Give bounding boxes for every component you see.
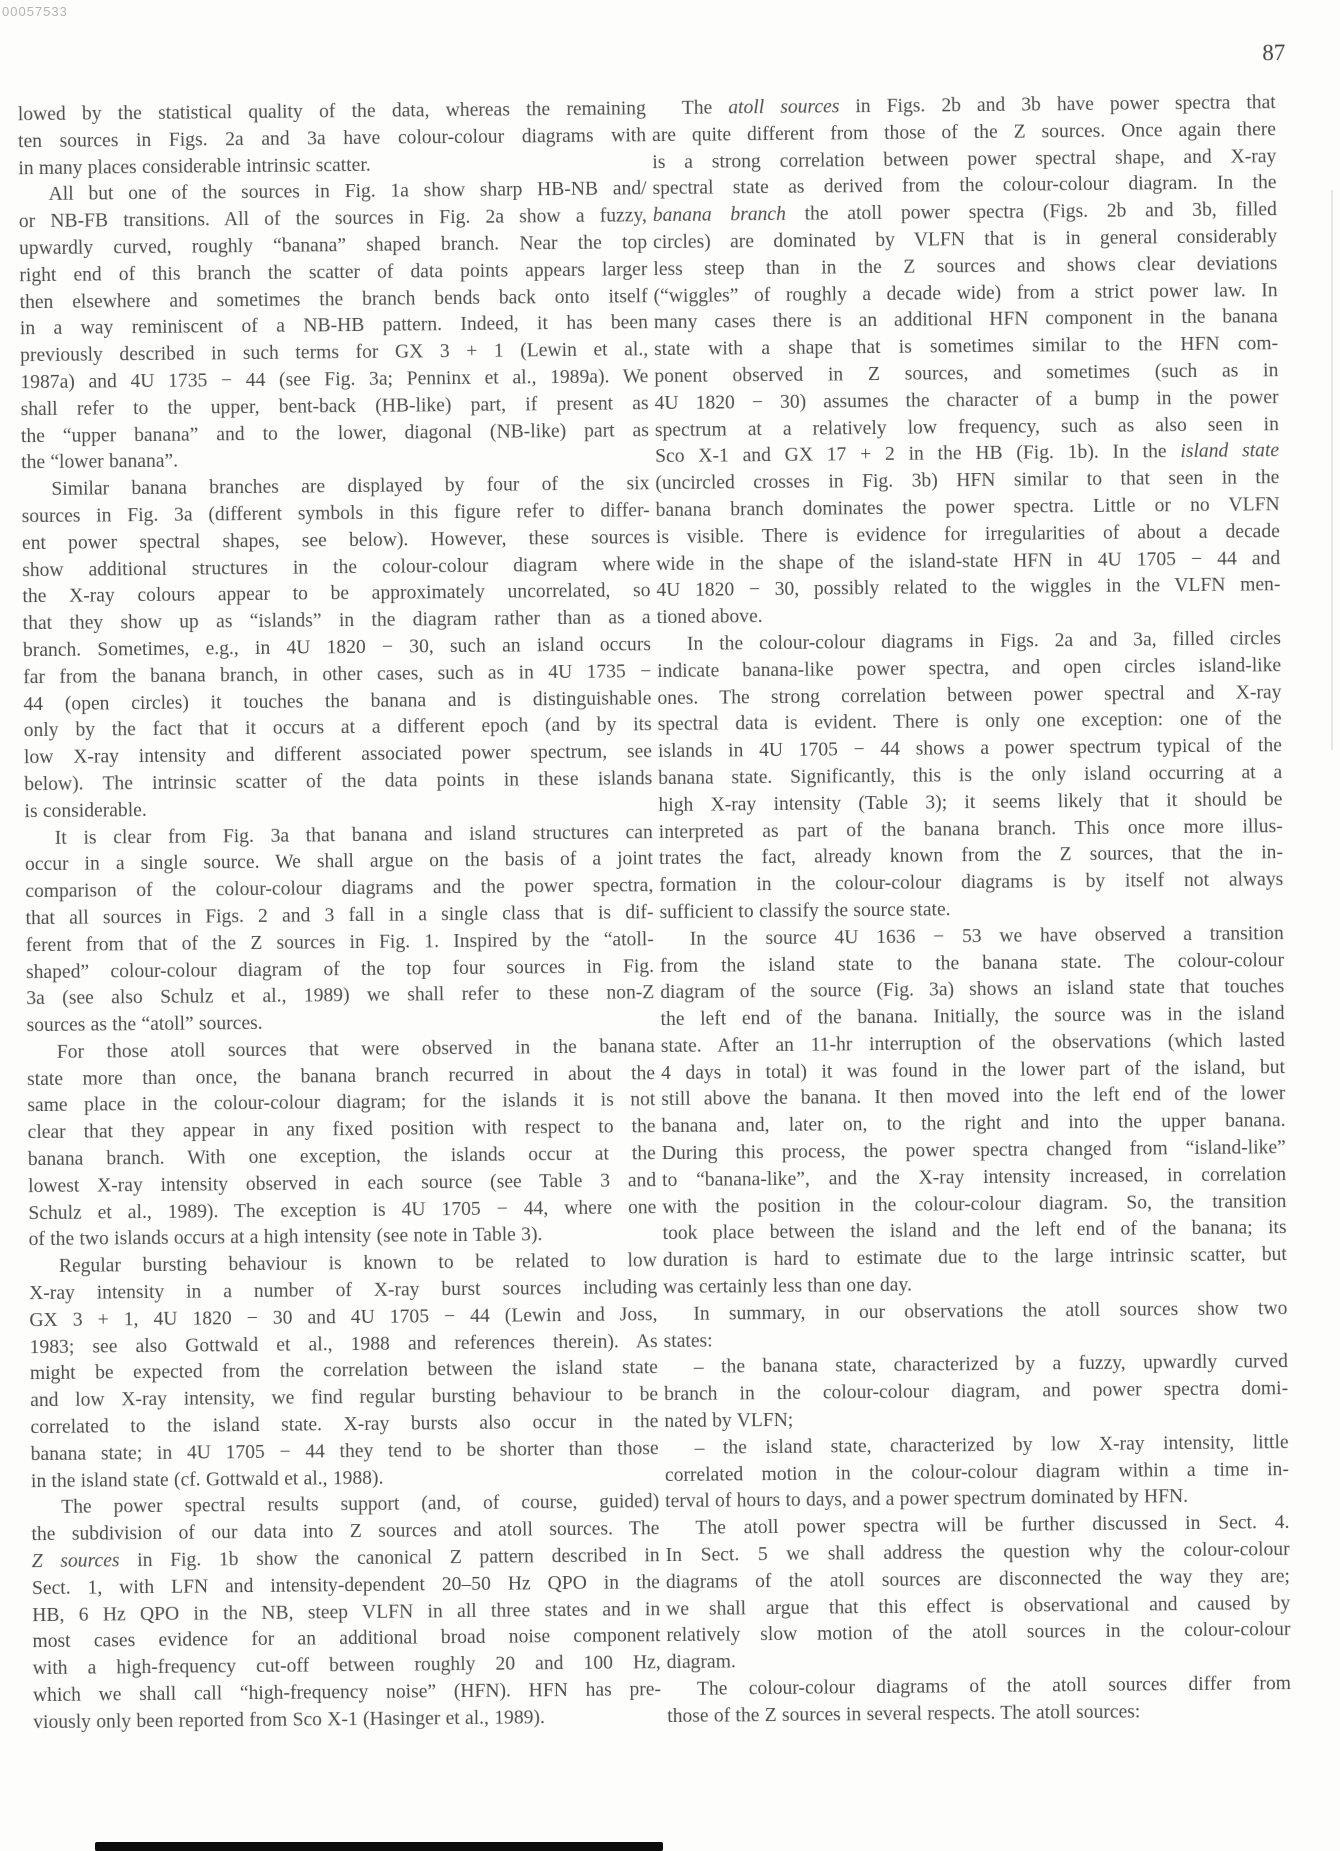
paragraph: In summary, in our observations the atol… xyxy=(663,1296,1287,1356)
text-segment: of the two islands occurs at a high inte… xyxy=(29,1225,543,1251)
text-line: those of the Z sources in several respec… xyxy=(667,1698,1291,1731)
paragraph: It is clear from Fig. 3a that banana and… xyxy=(25,820,655,1040)
scanned-paper-page: { "page": { "scan_id": "00057533", "page… xyxy=(0,0,1340,1851)
text-segment: the left end of the banana. Initially, t… xyxy=(660,1003,1284,1030)
text-segment: diagram. xyxy=(667,1652,736,1674)
text-segment: trates the fact, already known from the … xyxy=(659,842,1283,869)
paragraph: All but one of the sources in Fig. 1a sh… xyxy=(18,177,649,478)
text-segment: Similar banana branches are displayed by… xyxy=(51,473,649,500)
text-segment: shall refer to the upper, bent-back (HB-… xyxy=(21,393,649,420)
text-segment: that all sources in Figs. 2 and 3 fall i… xyxy=(25,902,653,929)
text-segment: GX 3 + 1, 4U 1820 − 30 and 4U 1705 − 44 … xyxy=(29,1304,657,1331)
text-segment: or NB-FB transitions. All of the sources… xyxy=(19,205,647,232)
text-segment: – the banana state, characterized by a f… xyxy=(694,1352,1288,1379)
text-segment: ferent from that of the Z sources in Fig… xyxy=(26,929,654,956)
text-segment: banana and, later on, to the right and i… xyxy=(661,1110,1285,1137)
text-segment: took place between the island and the le… xyxy=(663,1218,1287,1245)
text-segment: state. After an 11-hr interruption of th… xyxy=(661,1030,1285,1057)
text-segment: nated by VLFN; xyxy=(664,1410,793,1432)
text-segment: occur in a single source. We shall argue… xyxy=(25,848,653,875)
text-segment: upwardly curved, roughly “banana” shaped… xyxy=(19,232,647,259)
text-segment: sources as the “atoll” sources. xyxy=(26,1013,262,1036)
paragraph: In the colour-colour diagrams in Figs. 2… xyxy=(657,626,1284,927)
text-segment: is visible. There is evidence for irregu… xyxy=(656,521,1280,548)
text-segment: viously only been reported from Sco X-1 … xyxy=(33,1707,545,1733)
text-segment: terval of hours to days, and a power spe… xyxy=(665,1486,1188,1512)
left-column: lowed by the statistical quality of the … xyxy=(18,96,662,1737)
text-segment: sufficient to classify the source state. xyxy=(659,899,950,923)
text-segment: In summary, in our observations the atol… xyxy=(693,1298,1287,1325)
text-segment: many cases there is an additional HFN co… xyxy=(654,307,1278,334)
text-segment: below). The intrinsic scatter of the dat… xyxy=(24,768,652,795)
text-segment: spectral state as derived from the colou… xyxy=(652,173,1276,200)
text-segment: with the position in the colour-colour d… xyxy=(662,1191,1286,1218)
text-segment: HB, 6 Hz QPO in the NB, steep VLFN in al… xyxy=(32,1599,660,1626)
text-segment: the X-ray colours appear to be approxima… xyxy=(22,581,650,608)
text-segment: is considerable. xyxy=(24,800,146,822)
text-segment: the atoll power spectra (Figs. 2b and 3b… xyxy=(786,199,1277,225)
text-segment: 3a (see also Schulz et al., 1989) we sha… xyxy=(26,982,654,1009)
text-segment: are quite different from those of the Z … xyxy=(652,119,1276,146)
text-line: viously only been reported from Sco X-1 … xyxy=(33,1704,661,1737)
text-segment: banana state; in 4U 1705 − 44 they tend … xyxy=(31,1438,659,1465)
text-segment: duration is hard to estimate due to the … xyxy=(663,1244,1287,1271)
text-segment: the subdivision of our data into Z sourc… xyxy=(31,1518,659,1545)
text-segment: with a high-frequency cut-off between ro… xyxy=(33,1652,661,1679)
text-segment: The atoll power spectra will be further … xyxy=(695,1512,1289,1539)
text-segment: 1983; see also Gottwald et al., 1988 and… xyxy=(30,1331,658,1358)
text-segment: tioned above. xyxy=(657,606,763,628)
text-segment: ones. The strong correlation between pow… xyxy=(657,682,1281,709)
text-segment: show additional structures in the colour… xyxy=(22,554,650,581)
text-segment: 4U 1820 − 30) assumes the character of a… xyxy=(655,387,1279,414)
text-segment: X-ray intensity in a number of X-ray bur… xyxy=(29,1277,657,1304)
text-segment: interpreted as part of the banana branch… xyxy=(659,816,1283,843)
text-segment: low X-ray intensity and different associ… xyxy=(24,741,652,768)
text-segment: wide in the shape of the island-state HF… xyxy=(656,548,1280,575)
text-segment: state more than once, the banana branch … xyxy=(27,1063,655,1090)
text-segment: previously described in such terms for G… xyxy=(20,339,648,366)
text-segment: that they show up as “islands” in the di… xyxy=(23,607,651,634)
text-segment: 4 days in total) it was found in the low… xyxy=(661,1057,1285,1084)
text-segment: During this process, the power spectra c… xyxy=(662,1137,1286,1164)
text-segment: in a way reminiscent of a NB-HB pattern.… xyxy=(20,313,648,340)
text-segment: ten sources in Figs. 2a and 3a have colo… xyxy=(18,125,646,152)
paragraph: lowed by the statistical quality of the … xyxy=(18,96,647,182)
scan-edge-streak xyxy=(1331,190,1333,750)
text-segment: – the island state, characterized by low… xyxy=(695,1432,1289,1459)
page-number: 87 xyxy=(1245,40,1285,66)
text-segment: and low X-ray intensity, we find regular… xyxy=(30,1384,658,1411)
text-segment: The power spectral results support (and,… xyxy=(61,1492,659,1519)
text-segment: In the source 4U 1636 − 53 we have obser… xyxy=(690,923,1284,950)
text-segment: formation in the colour-colour diagrams … xyxy=(659,869,1283,896)
text-segment: high X-ray intensity (Table 3); it seems… xyxy=(658,789,1282,816)
text-segment: only by the fact that it occurs at a dif… xyxy=(24,714,652,741)
text-segment: those of the Z sources in several respec… xyxy=(667,1701,1140,1727)
text-segment: (uncircled crosses in Fig. 3b) HFN simil… xyxy=(655,467,1279,494)
text-segment: we shall argue that this effect is obser… xyxy=(666,1593,1290,1620)
text-segment: banana branch dominates the power spectr… xyxy=(656,494,1280,521)
text-segment: same place in the colour-colour diagram;… xyxy=(27,1090,655,1117)
text-segment: indicate banana-like power spectra, and … xyxy=(657,655,1281,682)
text-segment: in Figs. 2b and 3b have power spectra th… xyxy=(839,92,1276,117)
italic-text: island state xyxy=(1180,440,1279,462)
text-segment: branch in the colour-colour diagram, and… xyxy=(664,1378,1288,1405)
text-segment: (“wiggles” of roughly a decade wide) fro… xyxy=(654,280,1278,307)
text-segment: Sect. 1, with LFN and intensity-dependen… xyxy=(32,1572,660,1599)
text-segment: branch. Sometimes, e.g., in 4U 1820 − 30… xyxy=(23,634,651,661)
text-segment: islands in 4U 1705 − 44 shows a power sp… xyxy=(658,735,1282,762)
text-segment: 4U 1820 − 30, possibly related to the wi… xyxy=(656,574,1280,601)
text-segment: The colour-colour diagrams of the atoll … xyxy=(697,1673,1291,1700)
text-segment: spectrum at a relatively low frequency, … xyxy=(655,414,1279,441)
text-segment: right end of this branch the scatter of … xyxy=(19,259,647,286)
paragraph: Regular bursting behaviour is known to b… xyxy=(29,1248,659,1495)
italic-text: banana branch xyxy=(653,204,786,226)
paragraph: – the banana state, characterized by a f… xyxy=(664,1350,1289,1436)
text-segment: which we shall call “high-frequency nois… xyxy=(33,1679,661,1706)
text-segment: ponent observed in Z sources, and someti… xyxy=(654,360,1278,387)
text-segment: shaped” colour-colour diagram of the top… xyxy=(26,956,654,983)
paragraph: In the source 4U 1636 − 53 we have obser… xyxy=(660,921,1288,1302)
text-segment: The xyxy=(682,97,729,118)
paragraph: Similar banana branches are displayed by… xyxy=(21,471,652,825)
text-segment: less steep than in the Z sources and sho… xyxy=(653,253,1277,280)
paragraph: The power spectral results support (and,… xyxy=(31,1490,661,1737)
text-segment: might be expected from the correlation b… xyxy=(30,1358,658,1385)
text-segment: banana branch. With one exception, the i… xyxy=(28,1143,656,1170)
text-segment: then elsewhere and sometimes the branch … xyxy=(20,286,648,313)
paragraph: The colour-colour diagrams of the atoll … xyxy=(667,1671,1291,1731)
right-column: The atoll sources in Figs. 2b and 3b hav… xyxy=(652,90,1292,1731)
text-segment: relatively slow motion of the atoll sour… xyxy=(666,1619,1290,1646)
scan-artifact-bar xyxy=(95,1842,663,1851)
text-segment: diagram of the source (Fig. 3a) shows an… xyxy=(660,976,1284,1003)
text-segment: It is clear from Fig. 3a that banana and… xyxy=(55,822,653,849)
page-content: 87 lowed by the statistical quality of t… xyxy=(0,0,1340,1851)
text-segment: lowed by the statistical quality of the … xyxy=(18,98,646,125)
text-segment: from the island state to the banana stat… xyxy=(660,950,1284,977)
text-segment: sources in Fig. 3a (different symbols in… xyxy=(22,500,650,527)
text-segment: comparison of the colour-colour diagrams… xyxy=(25,875,653,902)
text-segment: in many places considerable intrinsic sc… xyxy=(18,154,371,178)
text-segment: spectral data is evident. There is only … xyxy=(658,708,1282,735)
text-segment: the “lower banana”. xyxy=(21,451,178,474)
text-segment: the “upper banana” and to the lower, dia… xyxy=(21,420,649,447)
text-segment: In the colour-colour diagrams in Figs. 2… xyxy=(687,628,1281,655)
text-segment: 1987a) and 4U 1735 − 44 (see Fig. 3a; Pe… xyxy=(20,366,648,393)
text-segment: still above the banana. It then moved in… xyxy=(661,1084,1285,1111)
text-segment: banana state. Significantly, this is the… xyxy=(658,762,1282,789)
paragraph: – the island state, characterized by low… xyxy=(665,1430,1290,1516)
text-segment: most cases evidence for an additional br… xyxy=(32,1626,660,1653)
text-segment: correlated to the island state. X-ray bu… xyxy=(30,1411,658,1438)
text-segment: lowest X-ray intensity observed in each … xyxy=(28,1170,656,1197)
text-segment: in Fig. 1b show the canonical Z pattern … xyxy=(119,1545,659,1571)
paragraph: The atoll power spectra will be further … xyxy=(665,1510,1291,1677)
text-segment: Schulz et al., 1989). The exception is 4… xyxy=(28,1197,656,1224)
text-segment: to “banana-like”, and the X-ray intensit… xyxy=(662,1164,1286,1191)
text-segment: In Sect. 5 we shall address the question… xyxy=(666,1539,1290,1566)
text-segment: in the island state (cf. Gottwald et al.… xyxy=(31,1467,384,1491)
text-segment: ent power spectral shapes, see below). H… xyxy=(22,527,650,554)
text-segment: Regular bursting behaviour is known to b… xyxy=(59,1250,657,1277)
italic-text: Z sources xyxy=(32,1550,120,1572)
text-segment: diagrams of the atoll sources are discon… xyxy=(666,1566,1290,1593)
text-segment: For those atoll sources that were observ… xyxy=(57,1036,655,1063)
italic-text: atoll sources xyxy=(728,96,839,118)
text-segment: clear that they appear in any fixed posi… xyxy=(28,1116,656,1143)
text-segment: correlated motion in the colour-colour d… xyxy=(665,1459,1289,1486)
paragraph: The atoll sources in Figs. 2b and 3b hav… xyxy=(652,90,1281,632)
text-segment: 44 (open circles) it touches the banana … xyxy=(23,688,651,715)
text-segment: is a strong correlation between power sp… xyxy=(652,146,1276,173)
text-segment: far from the banana branch, in other cas… xyxy=(23,661,651,688)
text-segment: All but one of the sources in Fig. 1a sh… xyxy=(49,179,647,206)
text-segment: circles) are dominated by VLFN that is i… xyxy=(653,226,1277,253)
text-segment: states: xyxy=(664,1330,713,1351)
paragraph: For those atoll sources that were observ… xyxy=(27,1034,657,1254)
text-segment: Sco X-1 and GX 17 + 2 in the HB (Fig. 1b… xyxy=(655,441,1180,467)
text-segment: state with a shape that is sometimes sim… xyxy=(654,333,1278,360)
text-segment: was certainly less than one day. xyxy=(663,1275,912,1298)
